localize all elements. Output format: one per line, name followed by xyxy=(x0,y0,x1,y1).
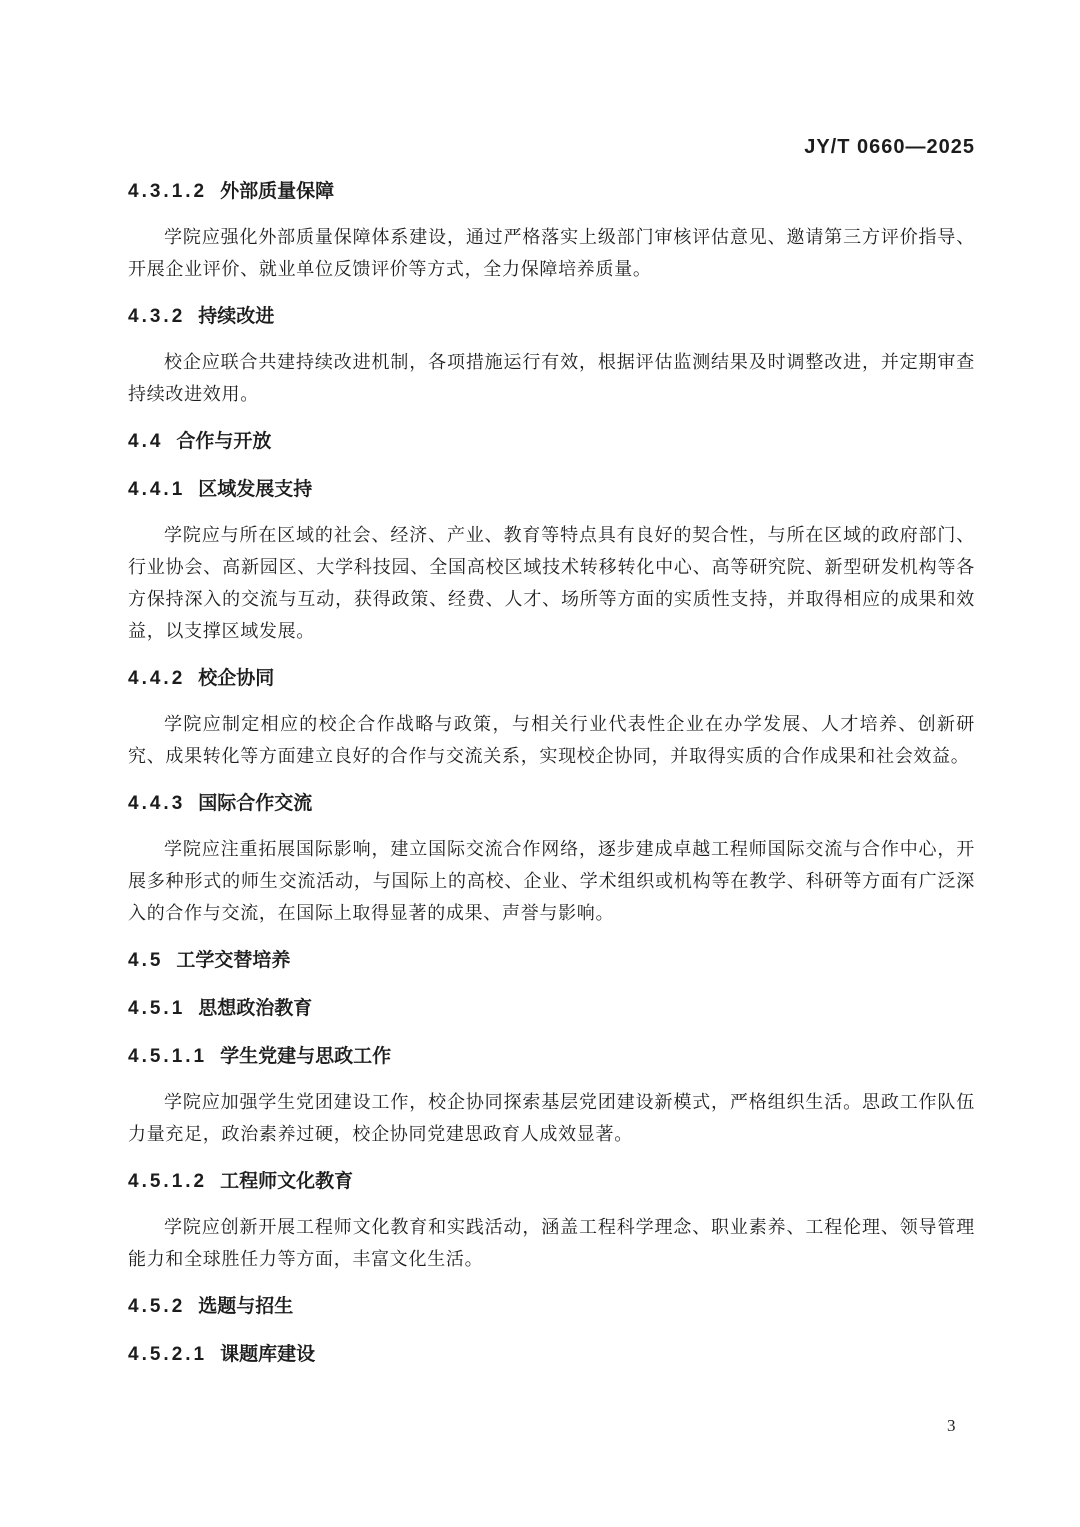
section-title: 外部质量保障 xyxy=(220,181,334,202)
section-title: 工程师文化教育 xyxy=(220,1171,353,1192)
body-paragraph: 学院应注重拓展国际影响，建立国际交流合作网络，逐步建成卓越工程师国际交流与合作中… xyxy=(128,833,975,929)
page-number: 3 xyxy=(947,1416,956,1436)
section-heading-4-4-3: 4.4.3国际合作交流 xyxy=(128,788,975,820)
section-number: 4.3.1.2 xyxy=(128,181,207,202)
section-number: 4.5.1.1 xyxy=(128,1046,207,1067)
body-paragraph: 校企应联合共建持续改进机制，各项措施运行有效，根据评估监测结果及时调整改进，并定… xyxy=(128,346,975,410)
section-title: 课题库建设 xyxy=(220,1344,315,1365)
section-heading-4-5-2: 4.5.2选题与招生 xyxy=(128,1291,975,1323)
section-title: 工学交替培养 xyxy=(176,950,290,971)
section-number: 4.5.1.2 xyxy=(128,1171,207,1192)
section-number: 4.4.2 xyxy=(128,668,185,689)
section-number: 4.4 xyxy=(128,431,163,452)
section-heading-4-5-1-2: 4.5.1.2工程师文化教育 xyxy=(128,1166,975,1198)
body-paragraph: 学院应制定相应的校企合作战略与政策，与相关行业代表性企业在办学发展、人才培养、创… xyxy=(128,708,975,772)
section-heading-4-5: 4.5工学交替培养 xyxy=(128,945,975,977)
body-paragraph: 学院应加强学生党团建设工作，校企协同探索基层党团建设新模式，严格组织生活。思政工… xyxy=(128,1086,975,1150)
section-heading-4-3-2: 4.3.2持续改进 xyxy=(128,301,975,333)
section-number: 4.3.2 xyxy=(128,306,185,327)
section-title: 国际合作交流 xyxy=(198,793,312,814)
section-heading-4-3-1-2: 4.3.1.2外部质量保障 xyxy=(128,176,975,208)
section-number: 4.5.2 xyxy=(128,1296,185,1317)
section-heading-4-5-1-1: 4.5.1.1学生党建与思政工作 xyxy=(128,1041,975,1073)
section-title: 学生党建与思政工作 xyxy=(220,1046,391,1067)
document-page: JY/T 0660—2025 4.3.1.2外部质量保障 学院应强化外部质量保障… xyxy=(0,0,1080,1527)
section-number: 4.5.2.1 xyxy=(128,1344,207,1365)
section-title: 思想政治教育 xyxy=(198,998,312,1019)
section-number: 4.5.1 xyxy=(128,998,185,1019)
section-heading-4-5-2-1: 4.5.2.1课题库建设 xyxy=(128,1339,975,1371)
body-paragraph: 学院应强化外部质量保障体系建设，通过严格落实上级部门审核评估意见、邀请第三方评价… xyxy=(128,221,975,285)
section-title: 持续改进 xyxy=(198,306,274,327)
body-paragraph: 学院应创新开展工程师文化教育和实践活动，涵盖工程科学理念、职业素养、工程伦理、领… xyxy=(128,1211,975,1275)
body-paragraph: 学院应与所在区域的社会、经济、产业、教育等特点具有良好的契合性，与所在区域的政府… xyxy=(128,519,975,647)
section-number: 4.4.3 xyxy=(128,793,185,814)
section-heading-4-5-1: 4.5.1思想政治教育 xyxy=(128,993,975,1025)
section-heading-4-4: 4.4合作与开放 xyxy=(128,426,975,458)
standard-code-header: JY/T 0660—2025 xyxy=(128,134,975,160)
section-number: 4.5 xyxy=(128,950,163,971)
section-heading-4-4-1: 4.4.1区域发展支持 xyxy=(128,474,975,506)
section-title: 校企协同 xyxy=(198,668,274,689)
section-title: 区域发展支持 xyxy=(198,479,312,500)
section-heading-4-4-2: 4.4.2校企协同 xyxy=(128,663,975,695)
section-number: 4.4.1 xyxy=(128,479,185,500)
section-title: 合作与开放 xyxy=(176,431,271,452)
section-title: 选题与招生 xyxy=(198,1296,293,1317)
